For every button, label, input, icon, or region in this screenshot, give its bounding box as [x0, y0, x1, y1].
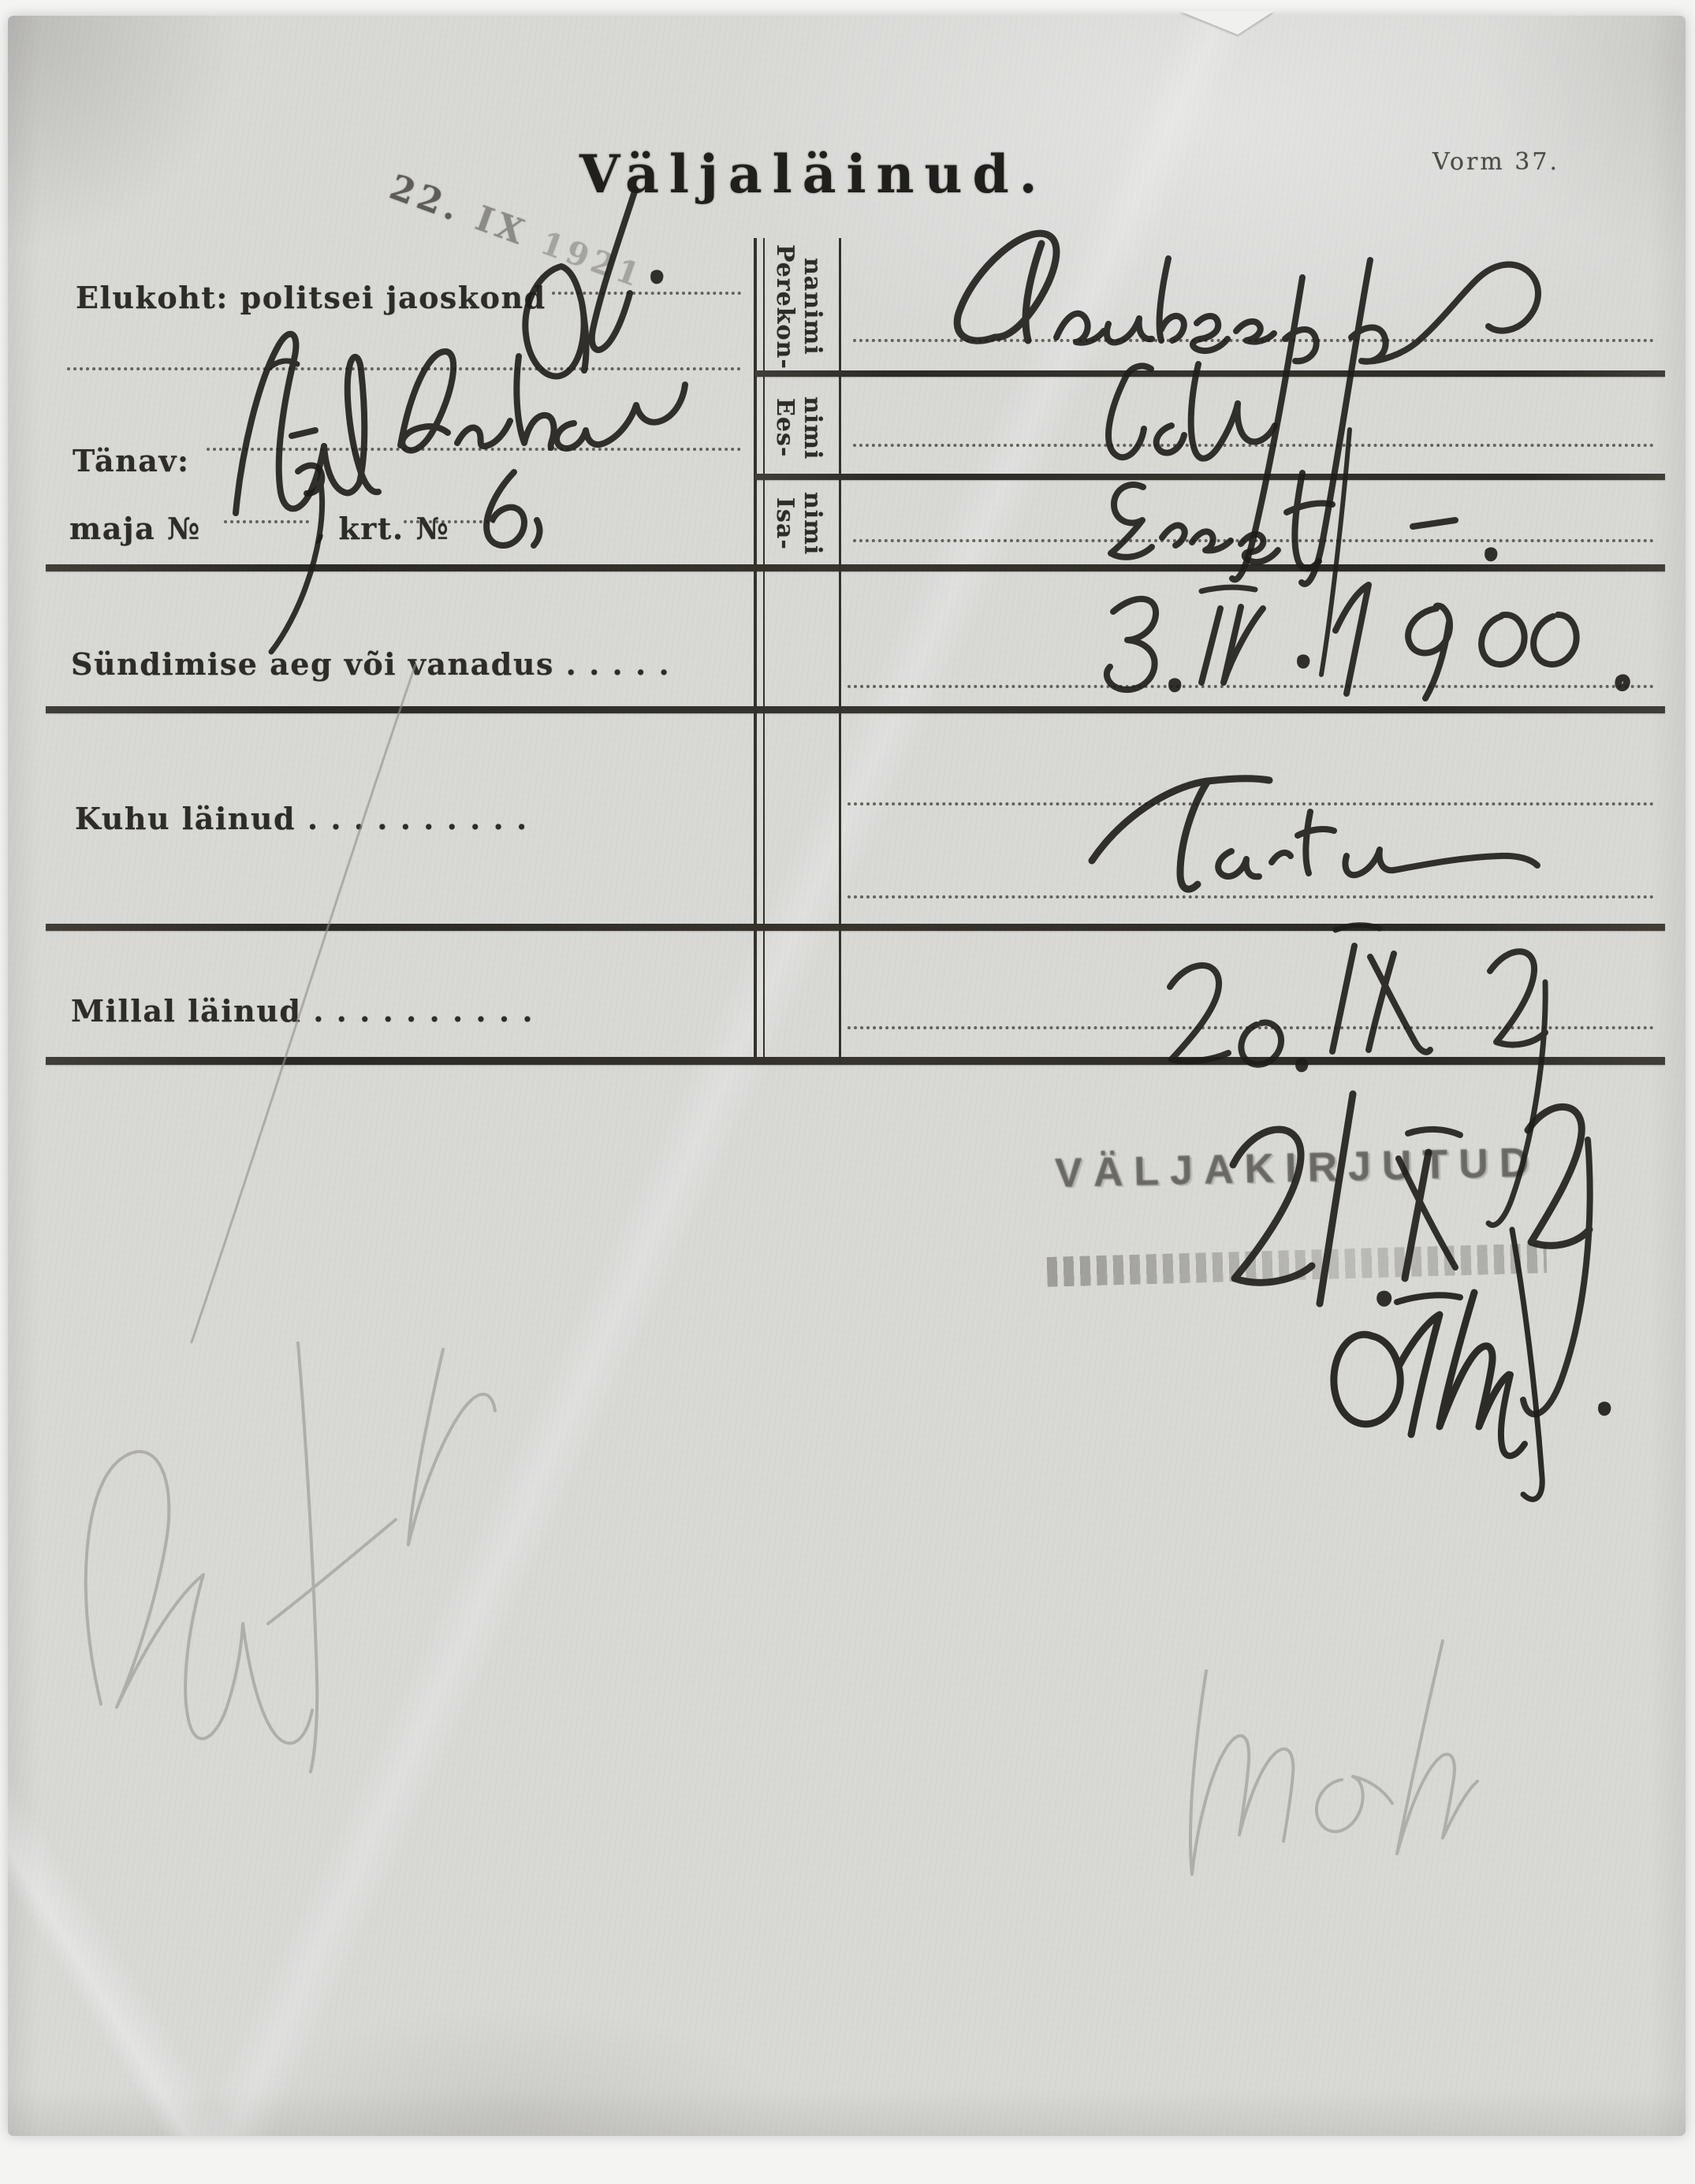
pencil-layer	[0, 0, 1695, 2184]
pencil-signature-right	[1190, 1641, 1477, 1874]
scanned-form-valjalainud: Väljaläinud. Vorm 37. 22. IX 1921 Elukoh…	[0, 0, 1695, 2184]
pencil-diagonal-line	[192, 664, 415, 1342]
pencil-signature-left	[86, 1343, 495, 1772]
